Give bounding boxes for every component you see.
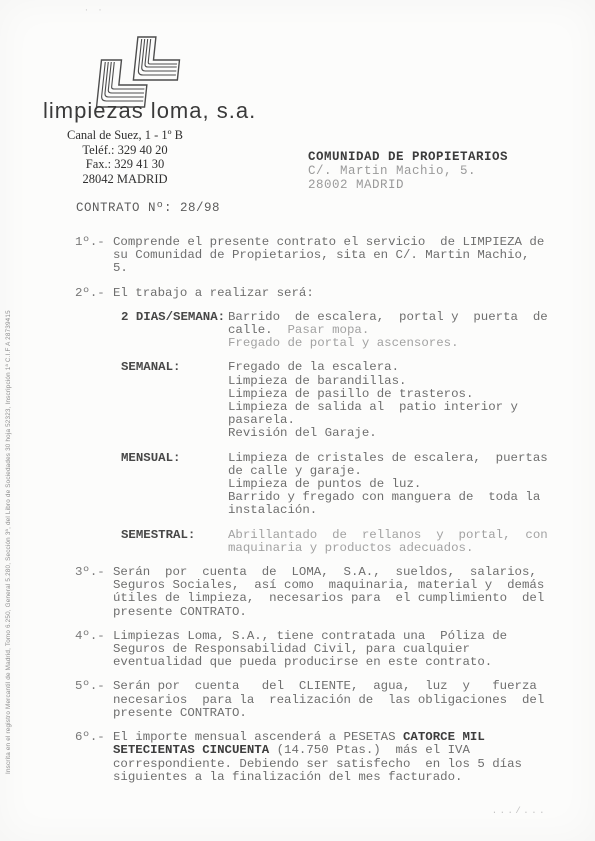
text-line: Fregado de portal y ascensores. [228,337,551,350]
contract-number: CONTRATO Nº: 28/98 [76,201,220,215]
registry-margin-note: Inscrita en el registro Mercantil de Mad… [5,282,12,774]
task-frequency-label: 2 DIAS/SEMANA: [121,311,228,351]
clause-block: 2º.-El trabajo a realizar será: [75,287,551,300]
text-line: 5. [113,262,551,275]
clause-block: 5º.-Serán por cuenta del CLIENTE, agua, … [75,680,551,720]
clause-block: 3º.-Serán por cuenta de LOMA, S.A., suel… [75,566,551,619]
recipient-block: COMUNIDAD DE PROPIETARIOS C/. Martin Mac… [308,150,508,192]
task-frequency-label: MENSUAL: [121,452,228,518]
clause-text: Serán por cuenta de LOMA, S.A., sueldos,… [113,566,551,619]
task-block: SEMANAL:Fregado de la escalera.Limpieza … [121,361,551,440]
task-frequency-label: SEMANAL: [121,361,228,440]
text-line: maquinaria y productos adecuados. [228,542,551,555]
clause-marker: 3º.- [75,566,113,619]
clause-text: Comprende el presente contrato el servic… [113,236,551,276]
clause-block: 6º.-El importe mensual ascenderá a PESET… [75,731,551,784]
task-frequency-label: SEMESTRAL: [121,529,228,555]
clause-block: 1º.-Comprende el presente contrato el se… [75,236,551,276]
company-address-line: Canal de Suez, 1 - 1º B [40,128,210,143]
clause-text: Barrido de escalera, portal y puerta dec… [228,311,551,351]
clause-marker: 6º.- [75,731,113,784]
company-address-line: Teléf.: 329 40 20 [40,143,210,158]
task-block: MENSUAL:Limpieza de cristales de escaler… [121,452,551,518]
text-line: El trabajo a realizar será: [113,287,551,300]
page-continuation-mark: .../... [492,806,547,816]
clause-marker: 2º.- [75,287,113,300]
clause-text: Limpieza de cristales de escalera, puert… [228,452,551,518]
text-line: Revisión del Garaje. [228,427,551,440]
text-line: presente CONTRATO. [113,707,551,720]
company-address-line: Fax.: 329 41 30 [40,157,210,172]
company-address-block: Canal de Suez, 1 - 1º B Teléf.: 329 40 2… [40,128,210,186]
document-body: 1º.-Comprende el presente contrato el se… [75,236,551,795]
text-line: instalación. [228,504,551,517]
clause-marker: 1º.- [75,236,113,276]
corner-scan-mark: · · [84,6,104,15]
scanned-contract-page: · · limpiezas loma, s.a. Canal de Sue [0,0,595,841]
clause-text: Fregado de la escalera.Limpieza de baran… [228,361,551,440]
text-line: eventualidad que pueda producirse en est… [113,656,551,669]
clause-text: Limpiezas Loma, S.A., tiene contratada u… [113,630,551,670]
recipient-address-line: 28002 MADRID [308,178,508,192]
company-address-line: 28042 MADRID [40,172,210,187]
recipient-name: COMUNIDAD DE PROPIETARIOS [308,150,508,164]
recipient-address-line: C/. Martin Machio, 5. [308,164,508,178]
task-block: SEMESTRAL:Abrillantado de rellanos y por… [121,529,551,555]
text-line: siguientes a la finalización del mes fac… [113,771,551,784]
clause-marker: 4º.- [75,630,113,670]
company-name: limpiezas loma, s.a. [43,98,273,124]
clause-text: El importe mensual ascenderá a PESETAS C… [113,731,551,784]
clause-text: El trabajo a realizar será: [113,287,551,300]
text-line: su Comunidad de Propietarios, sita en C/… [113,249,551,262]
clause-block: 4º.-Limpiezas Loma, S.A., tiene contrata… [75,630,551,670]
clause-text: Abrillantado de rellanos y portal, conma… [228,529,551,555]
task-block: 2 DIAS/SEMANA:Barrido de escalera, porta… [121,311,551,351]
clause-text: Serán por cuenta del CLIENTE, agua, luz … [113,680,551,720]
clause-marker: 5º.- [75,680,113,720]
text-line: presente CONTRATO. [113,606,551,619]
